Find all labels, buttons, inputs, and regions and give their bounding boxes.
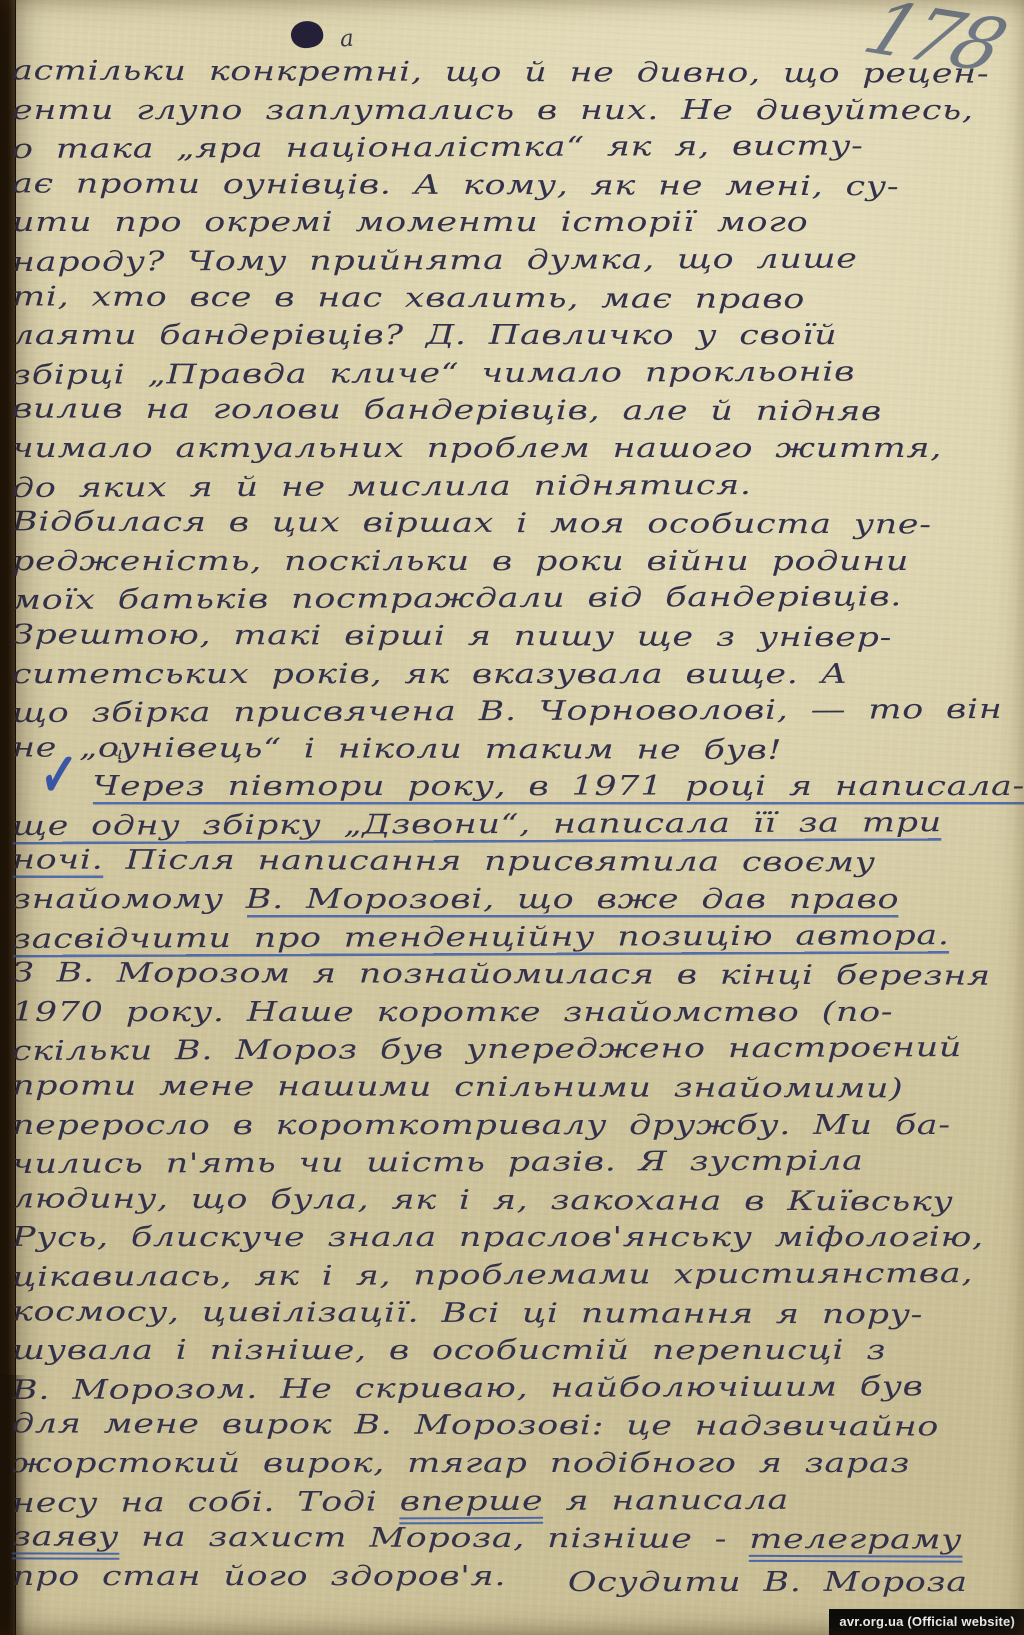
text-segment: шувала і пізніше, в особистій переписці … (12, 1335, 886, 1366)
text-segment: проти мене нашими спільними знайомими) (12, 1070, 904, 1104)
manuscript-line: Русь, блискуче знала праслов'янську міфо… (12, 1219, 981, 1257)
manuscript-line: людину, що була, як і я, закохана в Київ… (12, 1180, 981, 1221)
text-segment: 1970 року. Наше коротке знайомство (по- (12, 997, 893, 1028)
text-segment: про стан його здоров'я. (12, 1558, 506, 1596)
text-segment: ити про окремі моменти історії мого (12, 207, 808, 238)
text-segment: я написала (543, 1484, 789, 1516)
manuscript-line: скільки В. Мороз був упереджено настроєн… (12, 1029, 981, 1071)
text-segment: що збірка присвячена В. Чорноволові, — т… (12, 694, 1003, 729)
text-segment: жорстокий вирок, тягар подібного я зараз (12, 1448, 910, 1479)
text-segment: до яких я й не мислила піднятися. (12, 469, 752, 503)
manuscript-line: про стан його здоров'я.Осудити В. Мороза (12, 1558, 981, 1596)
text-segment: чились п'ять чи шість разів. Я зустріла (12, 1146, 864, 1180)
text-segment: несу на собі. Тоді (12, 1486, 400, 1519)
text-segment: Русь, блискуче знала праслов'янську міфо… (12, 1222, 984, 1253)
manuscript-line: ті, хто все в нас хвалить, має право (12, 278, 981, 319)
manuscript-line: лаяти бандерівців? Д. Павличко у своїй (12, 317, 981, 355)
text-segment: о така „яра націоналістка“ як я, висту- (12, 131, 864, 165)
text-segment: Після написання присвятила своєму (103, 845, 875, 879)
manuscript-line: З В. Морозом я познайомилася в кінці бер… (12, 955, 981, 996)
underlined-phrase: ще одну збірку „Дзвони“, написала її за … (12, 807, 942, 842)
manuscript-line: жорстокий вирок, тягар подібного я зараз (12, 1445, 981, 1483)
manuscript-text: астільки конкретні, що й не дивно, що ре… (12, 54, 981, 1595)
manuscript-line: ити про окремі моменти історії мого (12, 204, 981, 242)
text-segment: космосу, цивілізації. Всі ці питання я п… (12, 1296, 923, 1330)
text-segment: лаяти бандерівців? Д. Павличко у своїй (12, 320, 837, 351)
manuscript-line: збірці „Правда кличе“ чимало прокльонів (12, 353, 981, 395)
text-segment: чимало актуальних проблем нашого життя, (12, 433, 942, 464)
text-segment: Відбилася в цих віршах і моя особиста уп… (12, 506, 932, 540)
text-segment: цікавилась, як і я, проблемами християнс… (12, 1258, 973, 1293)
manuscript-line: до яких я й не мислила піднятися. (12, 466, 981, 508)
underlined-phrase: засвідчити про тенденційну позицію автор… (12, 920, 950, 955)
manuscript-line: проти мене нашими спільними знайомими) (12, 1067, 981, 1108)
manuscript-line: Через півтори року, в 1971 році я написа… (12, 768, 981, 806)
text-segment: астільки конкретні, що й не дивно, що ре… (12, 55, 989, 89)
manuscript-line: знайомому В. Морозові, що вже дав право (12, 881, 981, 919)
manuscript-line: заяву на захист Мороза, пізніше - телегр… (12, 1519, 981, 1560)
text-segment: людину, що була, як і я, закохана в Київ… (12, 1183, 954, 1217)
text-segment: вилив на голови бандерівців, але й підня… (12, 394, 882, 428)
text-segment: скільки В. Мороз був упереджено настроєн… (12, 1033, 962, 1068)
top-margin-letter: а (339, 26, 354, 53)
manuscript-line: ночі. Після написання присвятила своєму (12, 842, 981, 883)
watermark-badge: avr.org.ua (Official website) (829, 1609, 1024, 1635)
manuscript-line: шувала і пізніше, в особистій переписці … (12, 1332, 981, 1370)
text-segment: енти глупо заплутались в них. Не дивуйте… (12, 95, 974, 126)
manuscript-line: о така „яра націоналістка“ як я, висту- (12, 127, 981, 169)
manuscript-line: вилив на голови бандерівців, але й підня… (12, 391, 981, 432)
underlined-phrase: заяву (12, 1522, 119, 1560)
manuscript-line: астільки конкретні, що й не дивно, що ре… (12, 52, 981, 93)
text-segment: переросло в короткотривалу дружбу. Ми ба… (12, 1110, 951, 1141)
manuscript-line: Зрештою, такі вірші я пишу ще з універ- (12, 616, 981, 657)
manuscript-line: чились п'ять чи шість разів. Я зустріла (12, 1142, 981, 1184)
underlined-phrase: Через півтори року, в 1971 році я написа… (92, 771, 1024, 802)
text-segment: ті, хто все в нас хвалить, має право (12, 281, 805, 315)
manuscript-line: ає проти оунівців. А кому, як не мені, с… (12, 165, 981, 206)
manuscript-line: космосу, цивілізації. Всі ці питання я п… (12, 1293, 981, 1334)
underlined-phrase: телеграму (749, 1524, 962, 1563)
text-segment: З В. Морозом я познайомилася в кінці бер… (12, 958, 991, 992)
manuscript-scan: 178 а ✓ ч астільки конкретні, що й не ди… (0, 0, 1024, 1635)
text-segment: для мене вирок В. Морозові: це надзвичай… (12, 1409, 939, 1443)
manuscript-line: не „оунівець“ і ніколи таким не був! (12, 729, 981, 770)
manuscript-line: що збірка присвячена В. Чорноволові, — т… (12, 691, 981, 733)
manuscript-line: Відбилася в цих віршах і моя особиста уп… (12, 503, 981, 544)
manuscript-line: ще одну збірку „Дзвони“, написала її за … (12, 804, 981, 846)
text-segment: на захист Мороза, пізніше - (119, 1522, 750, 1555)
manuscript-line: засвідчити про тенденційну позицію автор… (12, 917, 981, 959)
text-segment: В. Морозом. Не скриваю, найболючішим був (12, 1371, 924, 1406)
text-segment: Осудити В. Мороза (568, 1564, 968, 1602)
manuscript-line: В. Морозом. Не скриваю, найболючішим був (12, 1368, 981, 1410)
manuscript-line: чимало актуальних проблем нашого життя, (12, 430, 981, 468)
manuscript-line: народу? Чому прийнята думка, що лише (12, 240, 981, 282)
manuscript-line: редженість, поскільки в роки війни родин… (12, 543, 981, 581)
text-segment: знайомому (12, 884, 246, 915)
manuscript-line: для мене вирок В. Морозові: це надзвичай… (12, 1406, 981, 1447)
text-segment: не „оунівець“ і ніколи таким не був! (12, 732, 782, 766)
text-segment: редженість, поскільки в роки війни родин… (12, 546, 909, 577)
underlined-phrase: ночі. (12, 845, 104, 876)
text-segment: моїх батьків постраждали від бандерівців… (12, 582, 902, 617)
text-segment: ає проти оунівців. А кому, як не мені, с… (12, 168, 899, 202)
manuscript-line: енти глупо заплутались в них. Не дивуйте… (12, 92, 981, 130)
underlined-phrase: В. Морозові, що вже дав право (246, 884, 899, 915)
manuscript-line: переросло в короткотривалу дружбу. Ми ба… (12, 1107, 981, 1145)
manuscript-line: ситетських років, як вказувала вище. А (12, 656, 981, 694)
manuscript-line: моїх батьків постраждали від бандерівців… (12, 578, 981, 620)
text-segment: збірці „Правда кличе“ чимало прокльонів (12, 356, 855, 390)
text-segment: Зрештою, такі вірші я пишу ще з універ- (12, 619, 892, 653)
ink-blot-icon (289, 18, 326, 51)
text-segment: ситетських років, як вказувала вище. А (12, 659, 848, 690)
manuscript-line: 1970 року. Наше коротке знайомство (по- (12, 994, 981, 1032)
text-segment: народу? Чому прийнята думка, що лише (12, 244, 858, 278)
underlined-phrase: вперше (400, 1485, 544, 1524)
manuscript-line: цікавилась, як і я, проблемами християнс… (12, 1255, 981, 1297)
manuscript-line: несу на собі. Тоді вперше я написала (12, 1481, 981, 1523)
